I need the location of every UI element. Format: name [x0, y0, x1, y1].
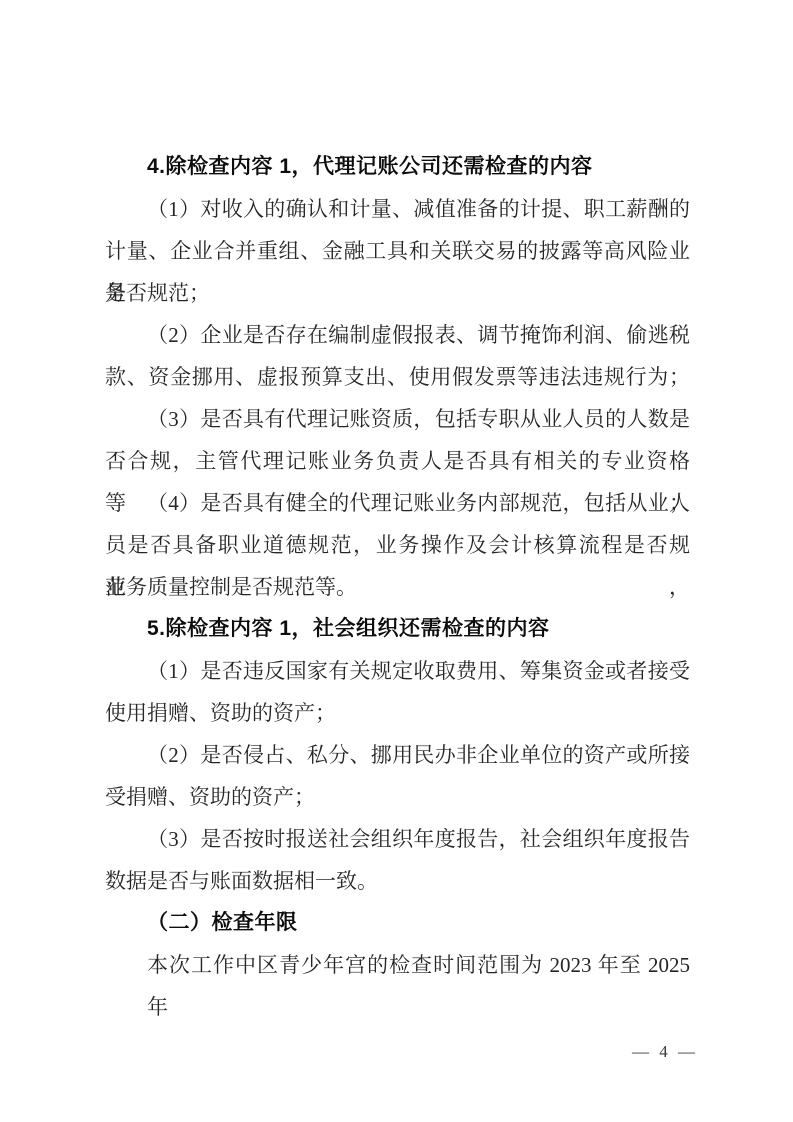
section-heading-5: 5.除检查内容 1，社会组织还需检查的内容 — [105, 608, 690, 650]
check-years-paragraph: 本次工作中区青少年宫的检查时间范围为 2023 年至 2025 年 — [105, 944, 690, 986]
text-line: （3）是否按时报送社会组织年度报告，社会组织年度报告 — [105, 818, 690, 860]
item-5-1: （1）是否违反国家有关规定收取费用、筹集资金或者接受使用捐赠、资助的资产； — [105, 650, 690, 734]
text-line: 受捐赠、资助的资产； — [105, 776, 690, 818]
item-4-1: （1）对收入的确认和计量、减值准备的计提、职工薪酬的计量、企业合并重组、金融工具… — [105, 188, 690, 314]
text-line: 是否规范； — [105, 272, 690, 314]
document-body: 4.除检查内容 1，代理记账公司还需检查的内容（1）对收入的确认和计量、减值准备… — [105, 146, 690, 986]
item-5-3: （3）是否按时报送社会组织年度报告，社会组织年度报告数据是否与账面数据相一致。 — [105, 818, 690, 902]
text-line: （1）对收入的确认和计量、减值准备的计提、职工薪酬的 — [105, 188, 690, 230]
text-line: （3）是否具有代理记账资质，包括专职从业人员的人数是 — [105, 398, 690, 440]
section-heading-check-years: （二）检查年限 — [105, 902, 690, 944]
text-line: 员是否具备职业道德规范，业务操作及会计核算流程是否规范， — [105, 524, 690, 566]
text-line: 款、资金挪用、虚报预算支出、使用假发票等违法违规行为； — [105, 356, 690, 398]
item-5-2: （2）是否侵占、私分、挪用民办非企业单位的资产或所接受捐赠、资助的资产； — [105, 734, 690, 818]
page-number: — 4 — — [632, 1040, 698, 1064]
text-line: （2）企业是否存在编制虚假报表、调节掩饰利润、偷逃税 — [105, 314, 690, 356]
text-line: （二）检查年限 — [105, 902, 690, 944]
text-line: （1）是否违反国家有关规定收取费用、筹集资金或者接受 — [105, 650, 690, 692]
text-line: 4.除检查内容 1，代理记账公司还需检查的内容 — [105, 146, 690, 188]
item-4-2: （2）企业是否存在编制虚假报表、调节掩饰利润、偷逃税款、资金挪用、虚报预算支出、… — [105, 314, 690, 398]
item-4-4: （4）是否具有健全的代理记账业务内部规范，包括从业人员是否具备职业道德规范，业务… — [105, 482, 690, 608]
text-line: （4）是否具有健全的代理记账业务内部规范，包括从业人 — [105, 482, 690, 524]
section-heading-4: 4.除检查内容 1，代理记账公司还需检查的内容 — [105, 146, 690, 188]
document-page: 4.除检查内容 1，代理记账公司还需检查的内容（1）对收入的确认和计量、减值准备… — [0, 0, 793, 1122]
text-line: 本次工作中区青少年宫的检查时间范围为 2023 年至 2025 年 — [105, 944, 690, 986]
item-4-3: （3）是否具有代理记账资质，包括专职从业人员的人数是否合规，主管代理记账业务负责… — [105, 398, 690, 482]
text-line: 使用捐赠、资助的资产； — [105, 692, 690, 734]
text-line: 数据是否与账面数据相一致。 — [105, 860, 690, 902]
text-line: 5.除检查内容 1，社会组织还需检查的内容 — [105, 608, 690, 650]
text-line: 否合规，主管代理记账业务负责人是否具有相关的专业资格等； — [105, 440, 690, 482]
text-line: （2）是否侵占、私分、挪用民办非企业单位的资产或所接 — [105, 734, 690, 776]
text-line: 计量、企业合并重组、金融工具和关联交易的披露等高风险业务 — [105, 230, 690, 272]
